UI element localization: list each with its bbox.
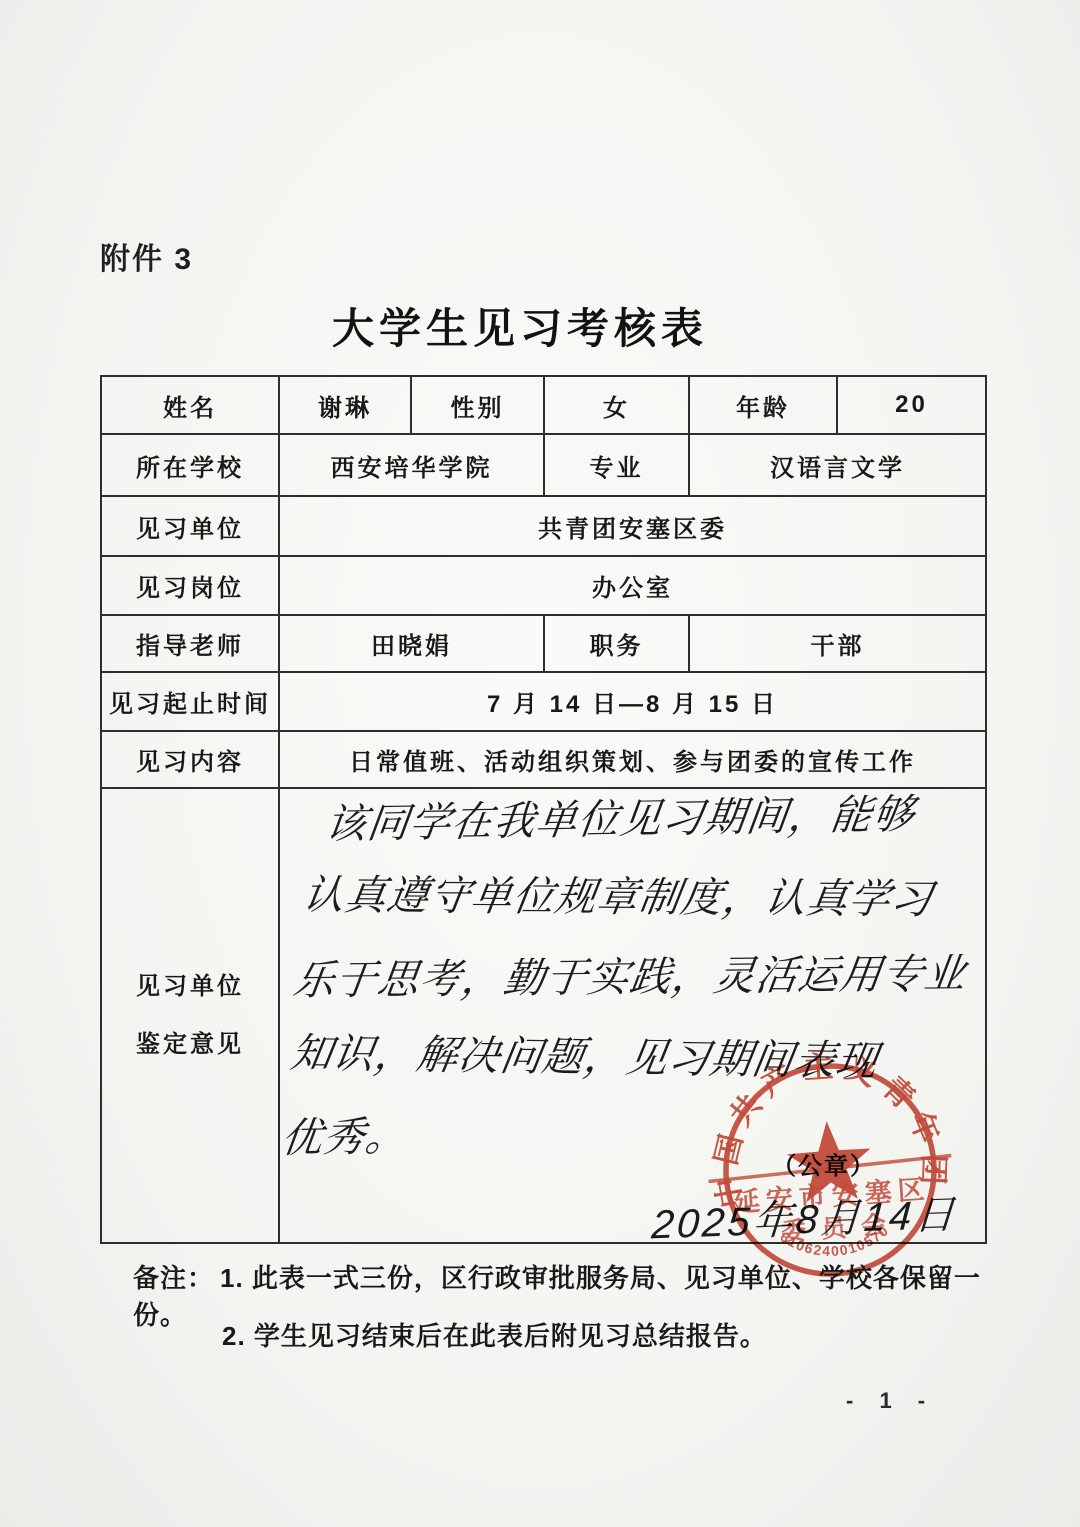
page-number: - 1 - (846, 1388, 935, 1414)
table-row: 指导老师 田晓娟 职务 干部 (101, 615, 986, 672)
unit-value: 共青团安塞区委 (279, 496, 986, 556)
content-label: 见习内容 (101, 731, 279, 788)
supervisor-value: 田晓娟 (279, 615, 544, 672)
post-value: 办公室 (279, 556, 986, 615)
attachment-label: 附件 3 (100, 234, 193, 278)
evaluation-label-line2: 鉴定意见 (106, 1025, 274, 1065)
table-row: 见习内容 日常值班、活动组织策划、参与团委的宣传工作 (101, 731, 986, 788)
notes-label: 备注： (133, 1263, 214, 1293)
evaluation-label-cell: 见习单位 鉴定意见 (101, 788, 279, 1243)
scanned-form-page: 附件 3 大学生见习考核表 姓名 谢琳 性别 女 年龄 20 所在学校 西安培华… (0, 0, 1080, 1527)
age-value: 20 (837, 376, 986, 434)
table-row: 见习岗位 办公室 (101, 556, 986, 615)
table-row: 所在学校 西安培华学院 专业 汉语言文学 (101, 434, 986, 496)
name-label: 姓名 (101, 376, 279, 434)
gender-label: 性别 (411, 376, 544, 434)
table-row: 见习起止时间 7 月 14 日—8 月 15 日 (101, 672, 986, 731)
duty-value: 干部 (689, 615, 986, 672)
evaluation-label-line1: 见习单位 (106, 967, 274, 1007)
table-row: 姓名 谢琳 性别 女 年龄 20 (101, 376, 986, 434)
handwriting-line: 该同学在我单位见习期间，能够 (322, 781, 919, 850)
handwriting-line: 优秀。 (278, 1103, 412, 1164)
major-value: 汉语言文学 (689, 434, 986, 496)
handwriting-line: 乐于思考，勤于实践，灵活运用专业 (290, 940, 971, 1006)
page-title: 大学生见习考核表 (0, 296, 1040, 356)
notes-text-2: 2. 学生见习结束后在此表后附见习总结报告。 (222, 1316, 1042, 1353)
school-value: 西安培华学院 (279, 434, 544, 496)
major-label: 专业 (544, 434, 689, 496)
duty-label: 职务 (544, 615, 689, 672)
school-label: 所在学校 (101, 434, 279, 496)
handwritten-date: 2025年8月14日 (650, 1183, 960, 1251)
table-row: 见习单位 共青团安塞区委 (101, 496, 986, 556)
unit-label: 见习单位 (101, 496, 279, 556)
gender-value: 女 (544, 376, 689, 434)
handwriting-line: 认真遵守单位规章制度，认真学习 (300, 862, 938, 925)
period-label: 见习起止时间 (101, 672, 279, 731)
content-value: 日常值班、活动组织策划、参与团委的宣传工作 (279, 731, 986, 788)
supervisor-label: 指导老师 (101, 615, 279, 672)
age-label: 年龄 (689, 376, 837, 434)
name-value: 谢琳 (279, 376, 411, 434)
post-label: 见习岗位 (101, 556, 279, 615)
period-value: 7 月 14 日—8 月 15 日 (279, 672, 986, 731)
